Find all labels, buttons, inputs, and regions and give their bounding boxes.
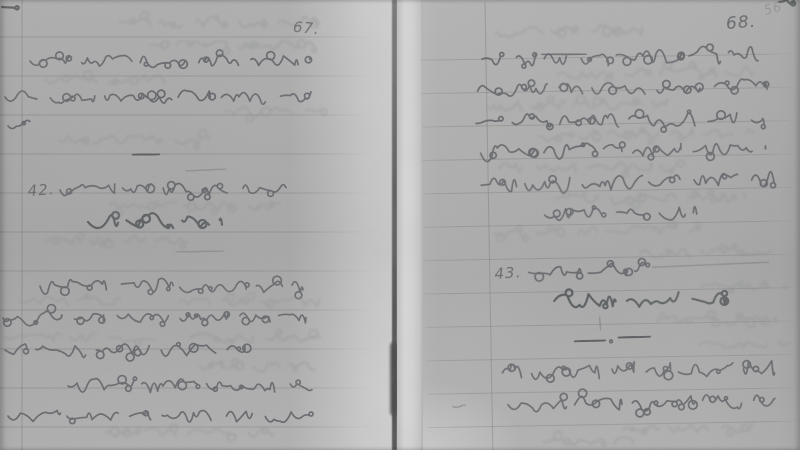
handwriting-layer: 42. 43. bbox=[0, 0, 800, 450]
right-page-section-43-number: 43. bbox=[494, 263, 522, 283]
left-page-bleed-3 bbox=[45, 71, 165, 84]
left-page-divider-1a bbox=[133, 154, 159, 155]
left-page-divider-1b bbox=[186, 169, 226, 171]
right-page-bleed-12 bbox=[544, 430, 634, 446]
right-page-ruled-line bbox=[426, 321, 795, 327]
left-page-bleed-10 bbox=[5, 333, 155, 346]
right-page-ruled-line bbox=[427, 388, 796, 394]
right-page-bleed-1 bbox=[496, 25, 642, 38]
right-page-line-4 bbox=[480, 140, 765, 165]
right-page-bleed-5 bbox=[499, 160, 684, 179]
left-page-ink: 42. bbox=[0, 0, 385, 450]
right-page-smudge-underline bbox=[592, 243, 627, 244]
left-page-number: 67. bbox=[292, 18, 320, 38]
left-page-divider-2b bbox=[176, 251, 223, 252]
right-page-ruled-line bbox=[423, 187, 792, 193]
right-page-para-1-line-1 bbox=[502, 359, 774, 383]
right-page-line-6 bbox=[545, 204, 697, 222]
right-page-bleed-3 bbox=[488, 94, 668, 112]
right-page-ruled-line bbox=[425, 254, 794, 260]
left-page-bleed-11 bbox=[190, 330, 320, 343]
right-page-section-43-title bbox=[529, 258, 650, 281]
left-page-line-2 bbox=[5, 90, 311, 104]
right-page-line-1 bbox=[482, 43, 758, 69]
right-page-bleed-10 bbox=[700, 340, 790, 349]
right-page-ruled-line bbox=[426, 354, 795, 360]
left-page-bleed-1 bbox=[120, 12, 319, 28]
left-page-bleed-6 bbox=[110, 201, 280, 216]
left-page-section-42-title bbox=[60, 182, 286, 201]
scanned-notebook-spread: 42. 43. 67. 68. 56 bbox=[0, 0, 800, 450]
left-page-para-1-line-1 bbox=[40, 276, 303, 298]
right-page-divider-tick bbox=[600, 317, 601, 330]
left-page-corner-mark bbox=[2, 6, 19, 9]
right-page-line-1-dash bbox=[542, 53, 586, 55]
right-page-bleed-8 bbox=[701, 280, 786, 293]
left-page-bleed-8 bbox=[20, 295, 120, 306]
left-page-bleed-5 bbox=[60, 130, 210, 149]
right-page-ruled-line bbox=[424, 221, 793, 227]
left-page-bleed-7 bbox=[45, 233, 188, 248]
left-page-para-1-line-3 bbox=[5, 343, 251, 361]
left-page-section-42-subtitle bbox=[88, 212, 222, 228]
left-page-para-2-line-1 bbox=[68, 376, 312, 393]
left-page-line-3 bbox=[8, 120, 30, 128]
left-page-section-42-number: 42. bbox=[27, 180, 55, 200]
right-page-divider-dot bbox=[610, 340, 613, 343]
right-page-bleed-11 bbox=[623, 423, 753, 437]
right-page-line-2 bbox=[477, 76, 769, 99]
right-page-number: 68. bbox=[725, 12, 757, 35]
right-page-ruled-line bbox=[423, 154, 792, 160]
right-page-bleed-4 bbox=[538, 126, 753, 146]
right-page-section-43-dash bbox=[653, 262, 769, 267]
left-page-bleed-2 bbox=[150, 40, 316, 54]
left-page-para-1-line-2 bbox=[3, 305, 306, 327]
right-page-ink: 43. bbox=[420, 0, 800, 450]
right-page-smudged-line bbox=[495, 220, 701, 241]
left-page-para-2-line-2 bbox=[8, 410, 313, 423]
right-page-divider-a bbox=[575, 340, 605, 342]
left-page-line-1 bbox=[30, 50, 312, 68]
left-page-bleed-9 bbox=[180, 293, 320, 307]
right-page-ruled-line bbox=[425, 288, 794, 294]
right-page-bleed-9 bbox=[656, 310, 776, 328]
left-page-bleed-12 bbox=[200, 359, 315, 372]
right-page-margin-mark bbox=[453, 405, 465, 407]
right-page-divider-b bbox=[619, 336, 650, 338]
